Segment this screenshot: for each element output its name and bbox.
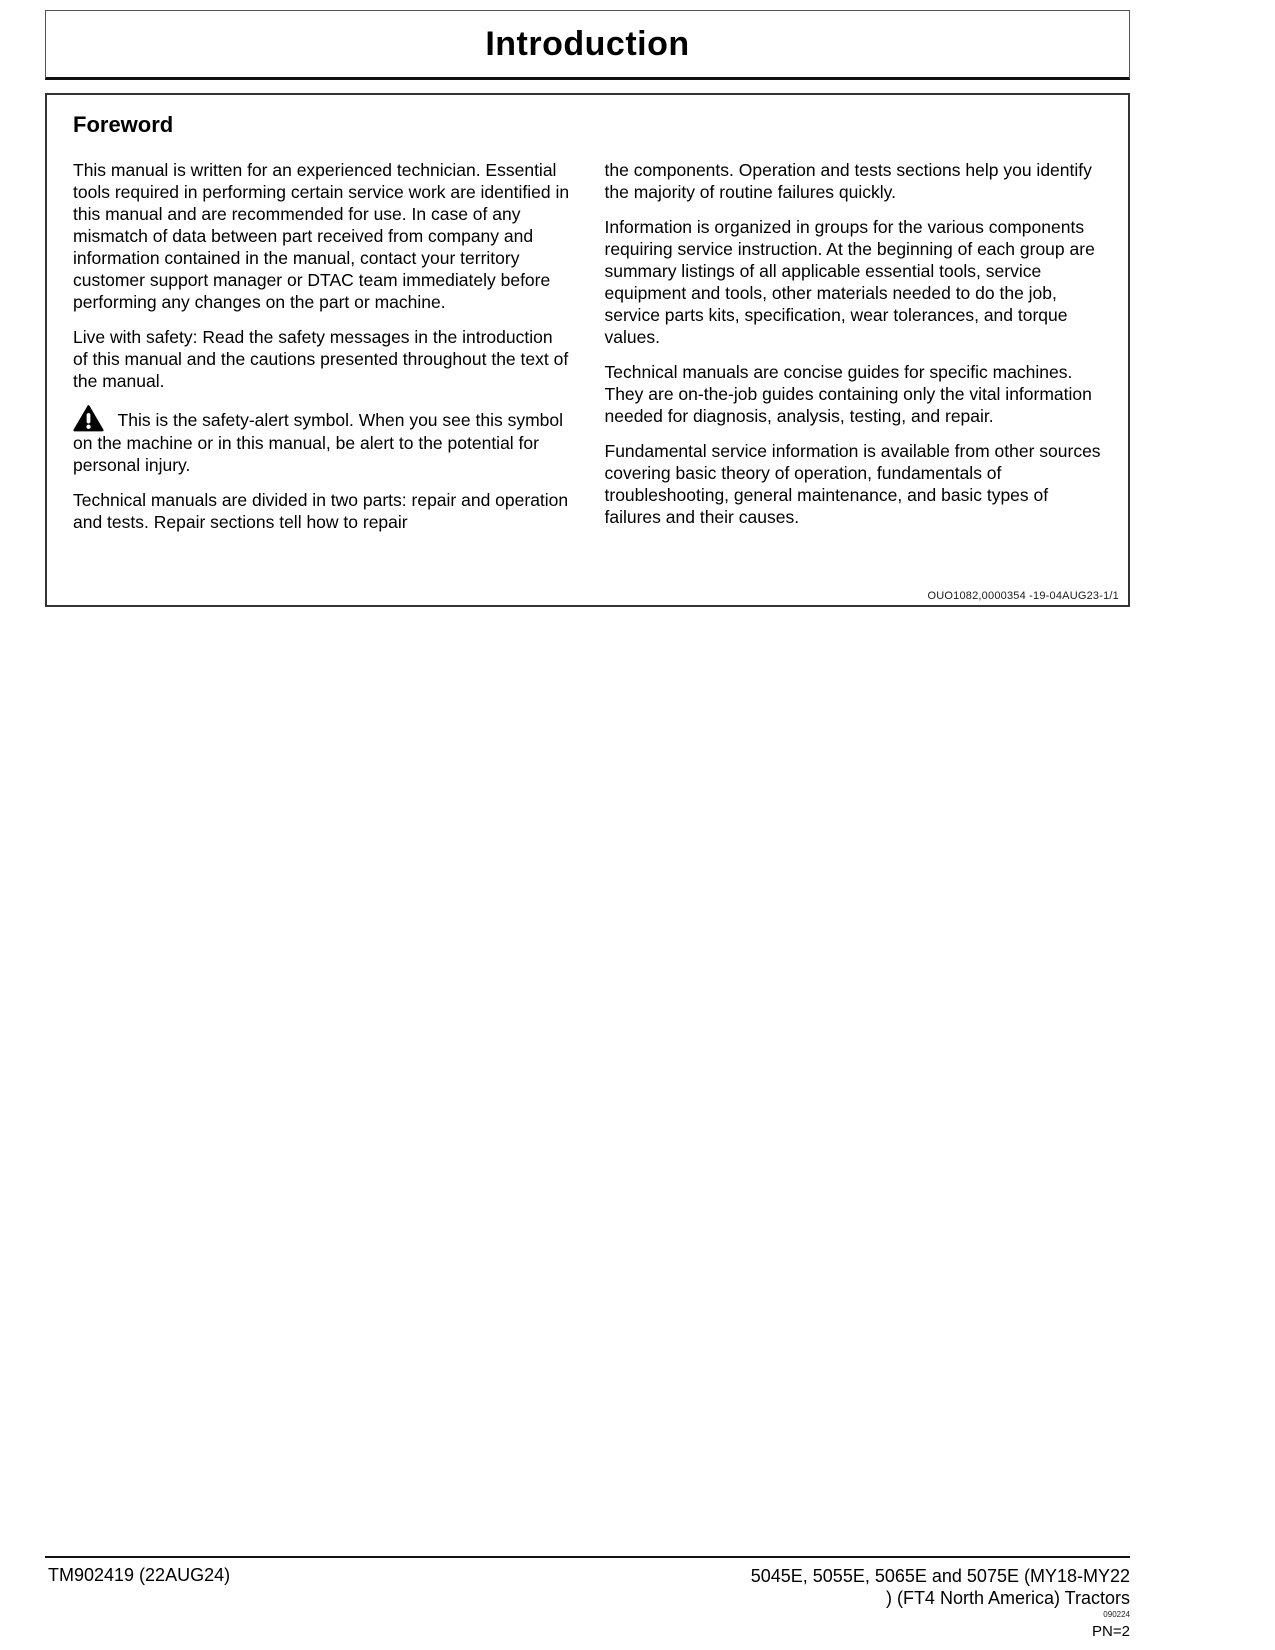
foreword-section: Foreword This manual is written for an e…: [45, 93, 1130, 607]
foreword-heading: Foreword: [73, 112, 1102, 138]
model-line-1: 5045E, 5055E, 5065E and 5075E (MY18-MY22: [751, 1565, 1130, 1587]
model-info: 5045E, 5055E, 5065E and 5075E (MY18-MY22…: [751, 1565, 1130, 1641]
page-number: PN=2: [751, 1623, 1130, 1641]
model-line-2: ) (FT4 North America) Tractors: [751, 1587, 1130, 1609]
paragraph: the components. Operation and tests sect…: [605, 159, 1103, 203]
paragraph: Fundamental service information is avail…: [605, 440, 1103, 528]
paragraph-text: This is the safety-alert symbol. When yo…: [73, 410, 563, 475]
left-column: This manual is written for an experience…: [73, 159, 571, 546]
revision-reference: OUO1082,0000354 -19-04AUG23-1/1: [928, 590, 1120, 602]
page-title: Introduction: [485, 25, 689, 64]
foreword-columns: This manual is written for an experience…: [73, 159, 1102, 546]
paragraph: Live with safety: Read the safety messag…: [73, 326, 571, 392]
document-page: Introduction Foreword This manual is wri…: [0, 0, 1275, 1650]
page-footer: TM902419 (22AUG24) 5045E, 5055E, 5065E a…: [45, 1556, 1130, 1563]
page-title-box: Introduction: [45, 10, 1130, 80]
paragraph: Technical manuals are divided in two par…: [73, 489, 571, 533]
paragraph: Technical manuals are concise guides for…: [605, 361, 1103, 427]
print-code: 090224: [751, 1610, 1130, 1620]
right-column: the components. Operation and tests sect…: [605, 159, 1103, 546]
safety-paragraph: This is the safety-alert symbol. When yo…: [73, 405, 571, 476]
paragraph: This manual is written for an experience…: [73, 159, 571, 313]
paragraph: Information is organized in groups for t…: [605, 216, 1103, 348]
safety-alert-icon: [73, 405, 104, 432]
manual-number: TM902419 (22AUG24): [48, 1565, 230, 1586]
